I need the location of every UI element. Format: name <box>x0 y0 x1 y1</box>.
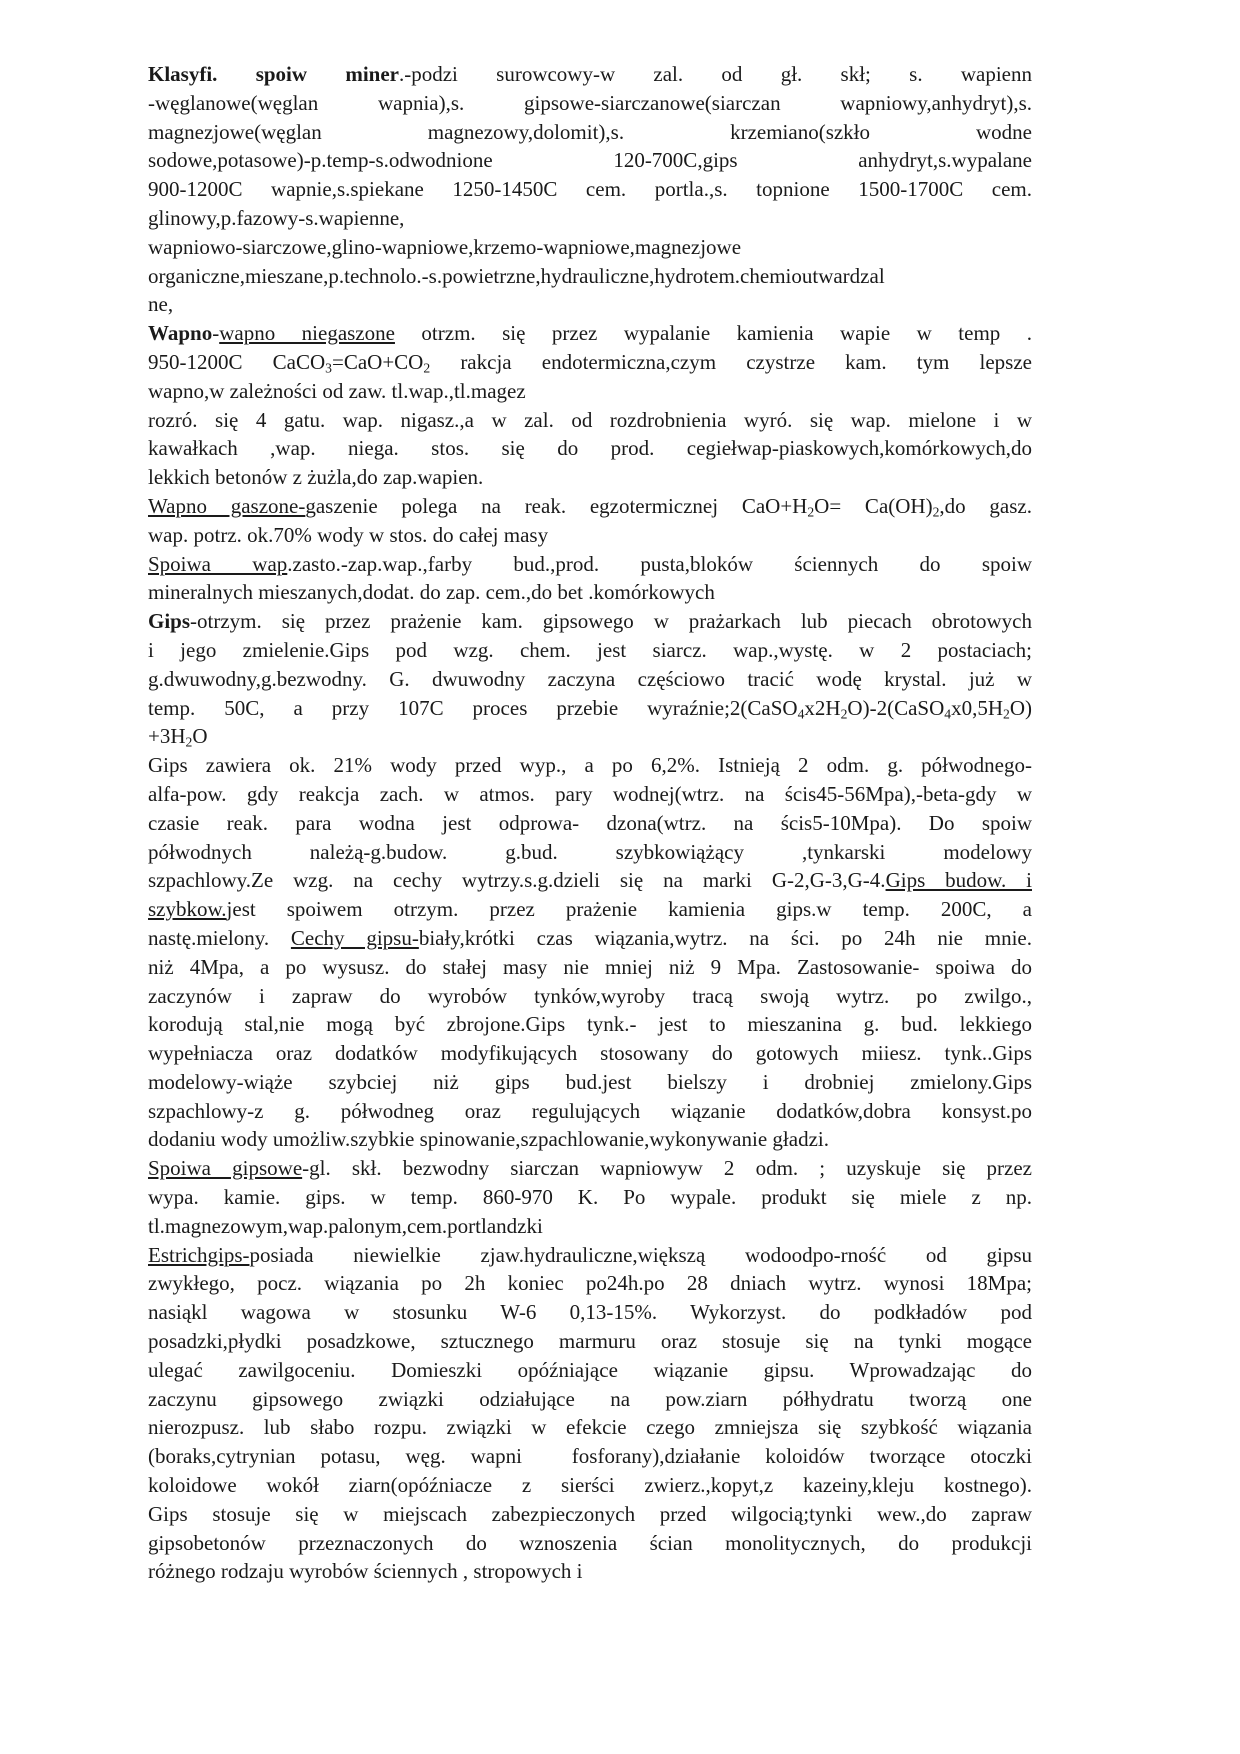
text-run: 900-1200C wapnie,s.spiekane 1250-1450C c… <box>148 177 1032 201</box>
text-run: rozró. się 4 gatu. wap. nigasz.,a w zal.… <box>148 408 1032 432</box>
text-line: wapniowo-siarczowe,glino-wapniowe,krzemo… <box>148 233 1032 262</box>
paragraph-spoiwa-wap: Spoiwa wap.zasto.-zap.wap.,farby bud.,pr… <box>148 550 1032 608</box>
text-run: magnezjowe(węglan magnezowy,dolomit),s. … <box>148 120 1032 144</box>
text-run: =CaO+CO <box>332 350 423 374</box>
text-line: zwykłego, pocz. wiązania po 2h koniec po… <box>148 1269 1032 1298</box>
text-run: modelowy-wiąże szybciej niż gips bud.jes… <box>148 1070 1032 1094</box>
subscript: 3 <box>325 360 332 375</box>
text-line: 950-1200C CaCO3=CaO+CO2 rakcja endotermi… <box>148 348 1032 377</box>
text-line: Klasyfi. spoiw miner.-podzi surowcowy-w … <box>148 60 1032 89</box>
heading-term: Wapno <box>148 321 212 345</box>
text-line: niż 4Mpa, a po wysusz. do stałej masy ni… <box>148 953 1032 982</box>
text-run: .-podzi surowcowy-w zal. od gł. skł; s. … <box>399 62 1032 86</box>
text-line: g.dwuwodny,g.bezwodny. G. dwuwodny zaczy… <box>148 665 1032 694</box>
text-line: glinowy,p.fazowy-s.wapienne, <box>148 204 1032 233</box>
text-run: O= Ca(OH) <box>814 494 932 518</box>
underlined-term: Estrichgips- <box>148 1243 249 1267</box>
text-run: nastę.mielony. <box>148 926 291 950</box>
text-run: i jego zmielenie.Gips pod wzg. chem. jes… <box>148 638 1032 662</box>
text-run: otrzm. się przez wypalanie kamienia wapi… <box>395 321 1032 345</box>
text-run: posiada niewielkie zjaw.hydrauliczne,wię… <box>249 1243 1032 1267</box>
text-line: Gips-otrzym. się przez prażenie kam. gip… <box>148 607 1032 636</box>
text-run: wypełniacza oraz dodatków modyfikujących… <box>148 1041 1032 1065</box>
text-run: półwodnych należą-g.budow. g.bud. szybko… <box>148 840 1032 864</box>
paragraph-klasyfikacja: Klasyfi. spoiw miner.-podzi surowcowy-w … <box>148 60 1032 319</box>
text-run: mineralnych mieszanych,dodat. do zap. ce… <box>148 580 715 604</box>
text-run: ulegać zawilgoceniu. Domieszki opóźniają… <box>148 1358 1032 1382</box>
text-run: O <box>192 724 207 748</box>
text-run: -węglanowe(węglan wapnia),s. gipsowe-sia… <box>148 91 1032 115</box>
text-run: różnego rodzaju wyrobów ściennych , stro… <box>148 1559 582 1583</box>
text-line: rozró. się 4 gatu. wap. nigasz.,a w zal.… <box>148 406 1032 435</box>
text-line: mineralnych mieszanych,dodat. do zap. ce… <box>148 578 1032 607</box>
text-line: Gips zawiera ok. 21% wody przed wyp., a … <box>148 751 1032 780</box>
text-run: Gips zawiera ok. 21% wody przed wyp., a … <box>148 753 1032 777</box>
text-line: Wapno gaszone-gaszenie polega na reak. e… <box>148 492 1032 521</box>
text-run: kawałkach ,wap. niega. stos. się do prod… <box>148 436 1032 460</box>
text-line: gipsobetonów przeznaczonych do wznoszeni… <box>148 1529 1032 1558</box>
text-line: ulegać zawilgoceniu. Domieszki opóźniają… <box>148 1356 1032 1385</box>
text-line: korodują stal,nie mogą być zbrojone.Gips… <box>148 1010 1032 1039</box>
text-line: Gips stosuje się w miejscach zabezpieczo… <box>148 1500 1032 1529</box>
text-line: zaczynów i zapraw do wyrobów tynków,wyro… <box>148 982 1032 1011</box>
text-run: O)-2(CaSO <box>847 696 944 720</box>
text-run: Gips stosuje się w miejscach zabezpieczo… <box>148 1502 1032 1526</box>
underlined-term: szybkow. <box>148 897 227 921</box>
text-run: wapno,w zależności od zaw. tl.wap.,tl.ma… <box>148 379 526 403</box>
text-line: lekkich betonów z żużla,do zap.wapien. <box>148 463 1032 492</box>
text-line: zaczynu gipsowego związki odziałujące na… <box>148 1385 1032 1414</box>
paragraph-estrichgips: Estrichgips-posiada niewielkie zjaw.hydr… <box>148 1241 1032 1587</box>
text-run: szpachlowy.Ze wzg. na cechy wytrzy.s.g.d… <box>148 868 886 892</box>
heading-term: Klasyfi. spoiw miner <box>148 62 399 86</box>
text-line: Wapno-wapno niegaszone otrzm. się przez … <box>148 319 1032 348</box>
text-run: -otrzym. się przez prażenie kam. gipsowe… <box>190 609 1032 633</box>
text-line: różnego rodzaju wyrobów ściennych , stro… <box>148 1557 1032 1586</box>
text-run: nasiąkl wagowa w stosunku W-6 0,13-15%. … <box>148 1300 1032 1324</box>
text-run: alfa-pow. gdy reakcja zach. w atmos. par… <box>148 782 1032 806</box>
text-line: Spoiwa wap.zasto.-zap.wap.,farby bud.,pr… <box>148 550 1032 579</box>
text-line: posadzki,płydki posadzkowe, sztucznego m… <box>148 1327 1032 1356</box>
text-line: ne, <box>148 290 1032 319</box>
text-line: koloidowe wokół ziarn(opóźniacze z sierś… <box>148 1471 1032 1500</box>
text-line: dodaniu wody umożliw.szybkie spinowanie,… <box>148 1125 1032 1154</box>
text-line: Spoiwa gipsowe-gl. skł. bezwodny siarcza… <box>148 1154 1032 1183</box>
paragraph-spoiwa-gipsowe: Spoiwa gipsowe-gl. skł. bezwodny siarcza… <box>148 1154 1032 1240</box>
text-line: tl.magnezowym,wap.palonym,cem.portlandzk… <box>148 1212 1032 1241</box>
text-line: i jego zmielenie.Gips pod wzg. chem. jes… <box>148 636 1032 665</box>
text-run: korodują stal,nie mogą być zbrojone.Gips… <box>148 1012 1032 1036</box>
text-line: czasie reak. para wodna jest odprowa- dz… <box>148 809 1032 838</box>
heading-term: Gips <box>148 609 190 633</box>
text-run: lekkich betonów z żużla,do zap.wapien. <box>148 465 483 489</box>
text-line: +3H2O <box>148 722 1032 751</box>
paragraph-wapno-gaszone: Wapno gaszone-gaszenie polega na reak. e… <box>148 492 1032 550</box>
underlined-term: Gips budow. i <box>886 868 1032 892</box>
text-run: O) <box>1010 696 1032 720</box>
underlined-term: Spoiwa gipsowe <box>148 1156 302 1180</box>
text-run: zwykłego, pocz. wiązania po 2h koniec po… <box>148 1271 1032 1295</box>
document-page: Klasyfi. spoiw miner.-podzi surowcowy-w … <box>148 60 1032 1586</box>
text-line: szpachlowy.Ze wzg. na cechy wytrzy.s.g.d… <box>148 866 1032 895</box>
text-run: +3H <box>148 724 186 748</box>
text-run: wypa. kamie. gips. w temp. 860-970 K. Po… <box>148 1185 1032 1209</box>
text-run: (boraks,cytrynian potasu, węg. wapni fos… <box>148 1444 1032 1468</box>
text-line: (boraks,cytrynian potasu, węg. wapni fos… <box>148 1442 1032 1471</box>
text-run: dodaniu wody umożliw.szybkie spinowanie,… <box>148 1127 829 1151</box>
text-line: nierozpusz. lub słabo rozpu. związki w e… <box>148 1413 1032 1442</box>
text-line: szybkow.jest spoiwem otrzym. przez praże… <box>148 895 1032 924</box>
text-line: wap. potrz. ok.70% wody w stos. do całej… <box>148 521 1032 550</box>
text-run: posadzki,płydki posadzkowe, sztucznego m… <box>148 1329 1032 1353</box>
text-line: Estrichgips-posiada niewielkie zjaw.hydr… <box>148 1241 1032 1270</box>
text-run: szpachlowy-z g. półwodneg oraz regulując… <box>148 1099 1032 1123</box>
text-run: gaszenie polega na reak. egzotermicznej … <box>305 494 807 518</box>
text-run: nierozpusz. lub słabo rozpu. związki w e… <box>148 1415 1032 1439</box>
text-run: niż 4Mpa, a po wysusz. do stałej masy ni… <box>148 955 1032 979</box>
text-line: organiczne,mieszane,p.technolo.-s.powiet… <box>148 262 1032 291</box>
text-line: kawałkach ,wap. niega. stos. się do prod… <box>148 434 1032 463</box>
text-run: jest spoiwem otrzym. przez prażenie kami… <box>227 897 1032 921</box>
underlined-term: Wapno gaszone- <box>148 494 305 518</box>
text-run: organiczne,mieszane,p.technolo.-s.powiet… <box>148 264 885 288</box>
text-run: biały,krótki czas wiązania,wytrz. na ści… <box>419 926 1032 950</box>
text-run: wapniowo-siarczowe,glino-wapniowe,krzemo… <box>148 235 741 259</box>
text-run: czasie reak. para wodna jest odprowa- dz… <box>148 811 1032 835</box>
text-line: alfa-pow. gdy reakcja zach. w atmos. par… <box>148 780 1032 809</box>
text-line: temp. 50C, a przy 107C proces przebie wy… <box>148 694 1032 723</box>
text-run: ne, <box>148 292 173 316</box>
text-line: modelowy-wiąże szybciej niż gips bud.jes… <box>148 1068 1032 1097</box>
text-line: nastę.mielony. Cechy gipsu-biały,krótki … <box>148 924 1032 953</box>
text-run: glinowy,p.fazowy-s.wapienne, <box>148 206 404 230</box>
text-line: 900-1200C wapnie,s.spiekane 1250-1450C c… <box>148 175 1032 204</box>
text-run: tl.magnezowym,wap.palonym,cem.portlandzk… <box>148 1214 543 1238</box>
paragraph-wapno: Wapno-wapno niegaszone otrzm. się przez … <box>148 319 1032 405</box>
text-line: wypełniacza oraz dodatków modyfikujących… <box>148 1039 1032 1068</box>
text-line: sodowe,potasowe)-p.temp-s.odwodnione 120… <box>148 146 1032 175</box>
text-run: gipsobetonów przeznaczonych do wznoszeni… <box>148 1531 1032 1555</box>
text-line: wypa. kamie. gips. w temp. 860-970 K. Po… <box>148 1183 1032 1212</box>
text-run: wap. potrz. ok.70% wody w stos. do całej… <box>148 523 548 547</box>
text-run: koloidowe wokół ziarn(opóźniacze z sierś… <box>148 1473 1032 1497</box>
text-run: sodowe,potasowe)-p.temp-s.odwodnione 120… <box>148 148 1032 172</box>
text-run: g.dwuwodny,g.bezwodny. G. dwuwodny zaczy… <box>148 667 1032 691</box>
paragraph-gips: Gips-otrzym. się przez prażenie kam. gip… <box>148 607 1032 751</box>
text-run: zaczynu gipsowego związki odziałujące na… <box>148 1387 1032 1411</box>
text-line: magnezjowe(węglan magnezowy,dolomit),s. … <box>148 118 1032 147</box>
underlined-term: Spoiwa wap <box>148 552 287 576</box>
text-run: ,do gasz. <box>939 494 1032 518</box>
text-run: rakcja endotermiczna,czym czystrze kam. … <box>430 350 1032 374</box>
text-run: 950-1200C CaCO <box>148 350 325 374</box>
text-run: x2H <box>804 696 840 720</box>
text-line: -węglanowe(węglan wapnia),s. gipsowe-sia… <box>148 89 1032 118</box>
text-run: zaczynów i zapraw do wyrobów tynków,wyro… <box>148 984 1032 1008</box>
text-run: x0,5H <box>951 696 1003 720</box>
subscript: 2 <box>1003 706 1010 721</box>
text-run: temp. 50C, a przy 107C proces przebie wy… <box>148 696 798 720</box>
text-line: półwodnych należą-g.budow. g.bud. szybko… <box>148 838 1032 867</box>
text-line: szpachlowy-z g. półwodneg oraz regulując… <box>148 1097 1032 1126</box>
underlined-term: Cechy gipsu- <box>291 926 419 950</box>
paragraph-gatunki: rozró. się 4 gatu. wap. nigasz.,a w zal.… <box>148 406 1032 492</box>
paragraph-gips-woda: Gips zawiera ok. 21% wody przed wyp., a … <box>148 751 1032 1154</box>
underlined-term: wapno niegaszone <box>219 321 395 345</box>
text-line: wapno,w zależności od zaw. tl.wap.,tl.ma… <box>148 377 1032 406</box>
text-run: -gl. skł. bezwodny siarczan wapniowyw 2 … <box>302 1156 1032 1180</box>
text-run: .zasto.-zap.wap.,farby bud.,prod. pusta,… <box>287 552 1032 576</box>
text-line: nasiąkl wagowa w stosunku W-6 0,13-15%. … <box>148 1298 1032 1327</box>
